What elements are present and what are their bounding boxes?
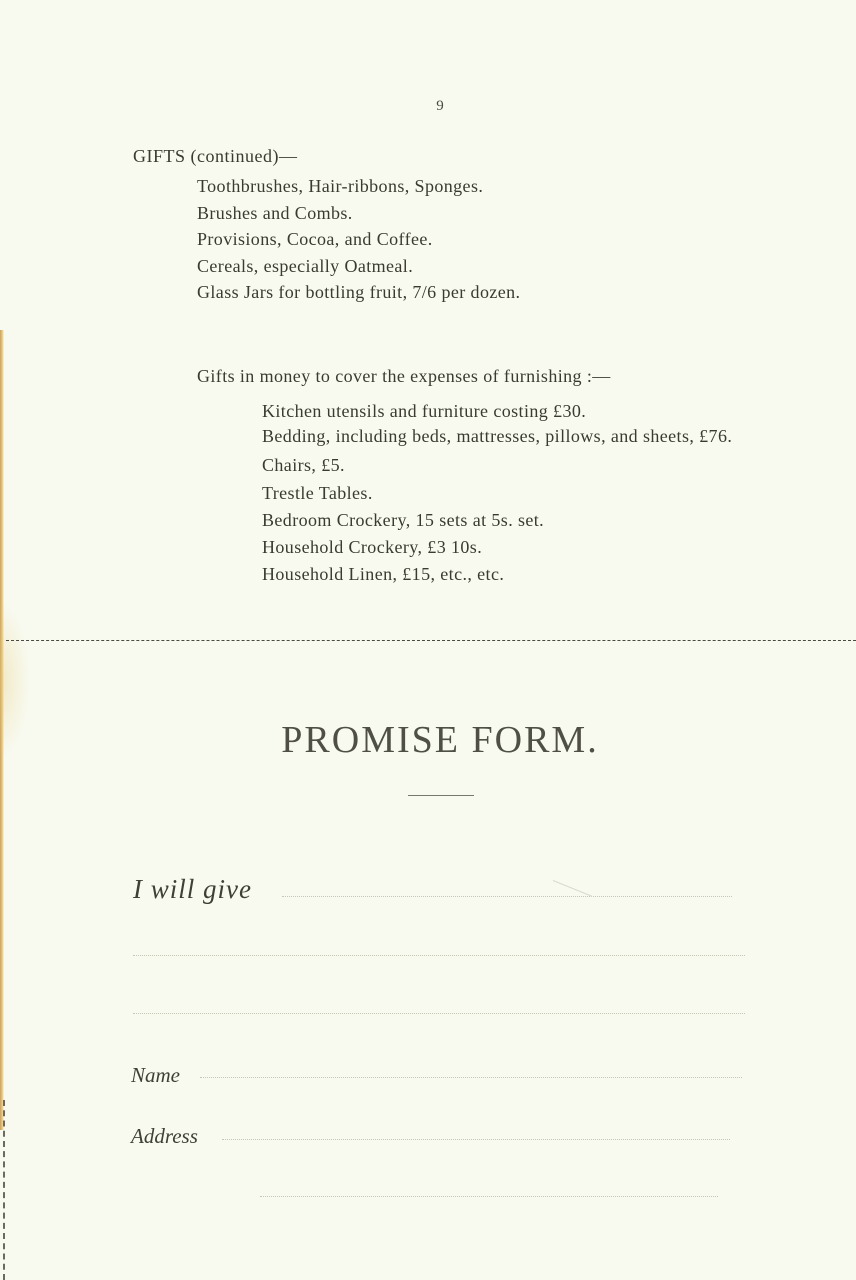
money-gift-item: Bedroom Crockery, 15 sets at 5s. set. xyxy=(262,507,748,534)
address-label: Address xyxy=(131,1124,198,1149)
money-gift-item: Bedding, including beds, mattresses, pil… xyxy=(262,425,748,448)
gift-item: Brushes and Combs. xyxy=(197,200,520,227)
money-gift-item: Household Linen, £15, etc., etc. xyxy=(262,561,748,588)
money-gift-item: Kitchen utensils and furniture costing £… xyxy=(262,398,748,425)
address-field-line-1[interactable] xyxy=(222,1139,730,1140)
gifts-heading: GIFTS (continued)— xyxy=(133,146,297,167)
paper-crease xyxy=(553,880,592,897)
gift-item: Provisions, Cocoa, and Coffee. xyxy=(197,226,520,253)
gift-item: Toothbrushes, Hair-ribbons, Sponges. xyxy=(197,173,520,200)
give-amount-field-line-1[interactable] xyxy=(282,896,732,897)
money-gift-item: Trestle Tables. xyxy=(262,480,748,507)
gifts-list: Toothbrushes, Hair-ribbons, Sponges. Bru… xyxy=(197,173,520,306)
money-gifts-heading: Gifts in money to cover the expenses of … xyxy=(197,366,611,387)
name-label: Name xyxy=(131,1063,180,1088)
money-gift-item: Household Crockery, £3 10s. xyxy=(262,534,748,561)
money-gifts-list: Kitchen utensils and furniture costing £… xyxy=(262,398,748,589)
give-label: I will give xyxy=(133,874,252,905)
page-number: 9 xyxy=(0,98,856,115)
gift-item: Glass Jars for bottling fruit, 7/6 per d… xyxy=(197,279,520,306)
gift-item: Cereals, especially Oatmeal. xyxy=(197,253,520,280)
money-gift-item: Chairs, £5. xyxy=(262,452,748,479)
tear-off-cut-line xyxy=(6,640,856,641)
title-underline-rule xyxy=(408,795,474,796)
name-field-line[interactable] xyxy=(200,1077,742,1078)
binding-perforation xyxy=(3,1100,5,1280)
give-amount-field-line-3[interactable] xyxy=(133,1013,745,1014)
give-amount-field-line-2[interactable] xyxy=(133,955,745,956)
promise-form-title: PROMISE FORM. xyxy=(0,718,856,762)
address-field-line-2[interactable] xyxy=(260,1196,718,1197)
